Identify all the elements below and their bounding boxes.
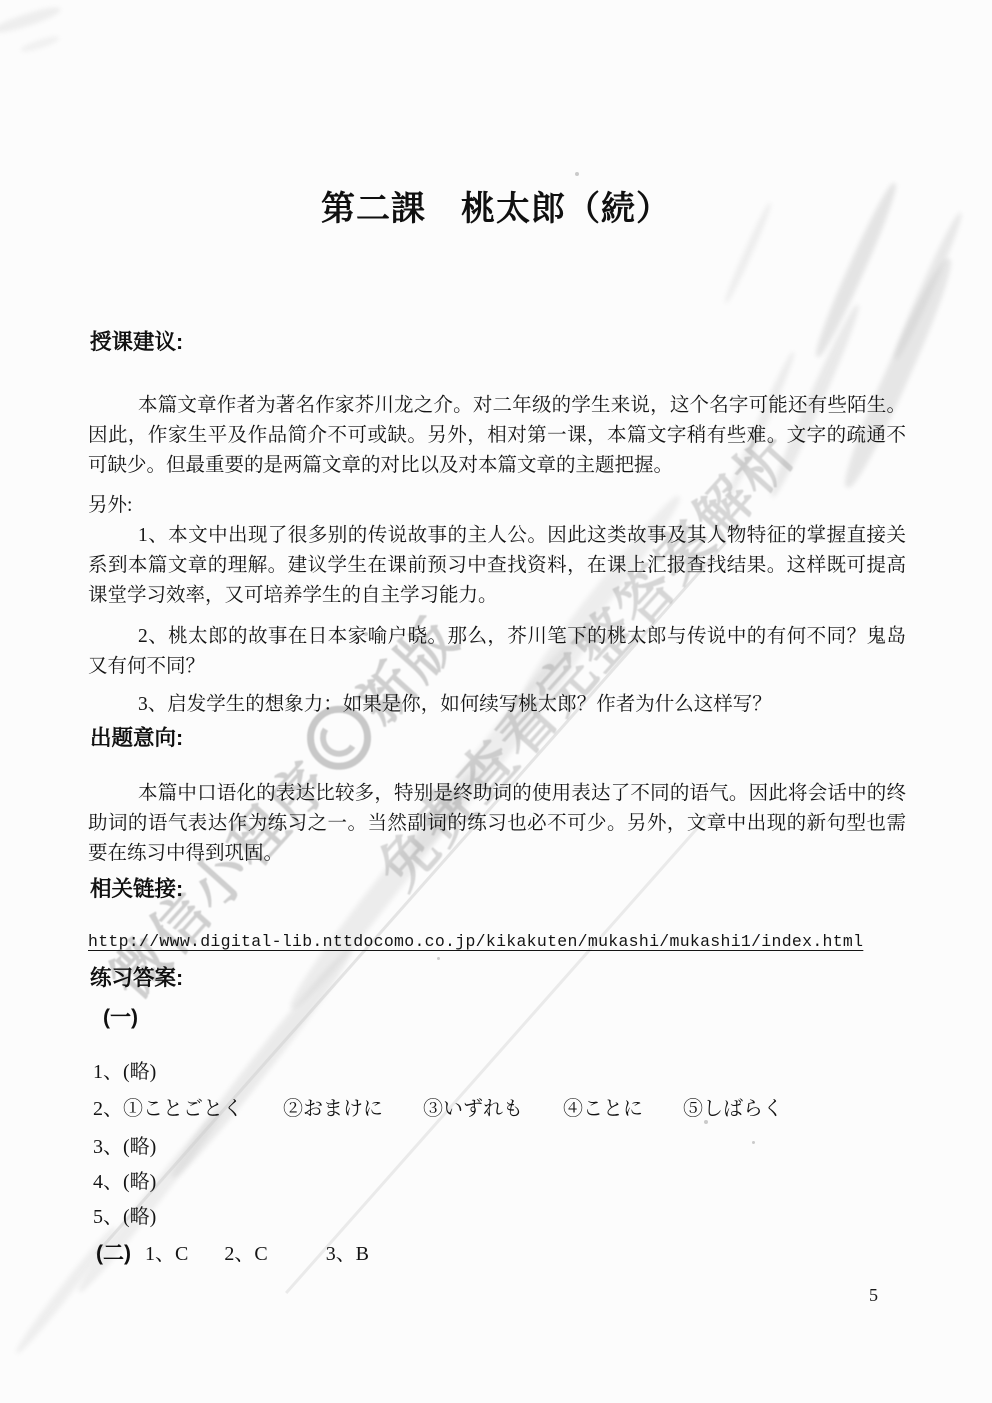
scan-speck <box>752 1141 755 1144</box>
page-number: 5 <box>869 1285 878 1306</box>
answers-part2-label: (二) <box>96 1242 131 1265</box>
scan-speck <box>437 957 440 960</box>
section-heading-question-intent: 出题意向: <box>90 721 183 752</box>
answer-part2-item-3: 3、B <box>326 1243 369 1265</box>
answers-part2-row: (二)1、C2、C3、B <box>96 1239 369 1269</box>
answer-row-2: 2、①ことごとく ②おまけに ③いずれも ④ことに ⑤しばらく <box>93 1094 783 1124</box>
teaching-item-3: 3、启发学生的想象力：如果是你，如何续写桃太郎？作者为什么这样写？ <box>88 690 906 720</box>
answer-row-4: 4、(略) <box>93 1167 156 1197</box>
related-link-row: http://www.digital-lib.nttdocomo.co.jp/k… <box>88 929 863 955</box>
additional-note-label: 另外: <box>88 491 906 521</box>
section-heading-teaching-advice: 授课建议: <box>90 325 183 356</box>
scan-speck <box>575 172 579 176</box>
lesson-title: 第二課 桃太郎（続） <box>0 181 992 230</box>
section-heading-related-links: 相关链接: <box>90 872 183 903</box>
answer-part2-item-2: 2、C <box>224 1243 267 1265</box>
document-page: 微信小程序新版 免费查看完整答案解析 第二課 桃太郎（続） 授课建议: 本篇文章… <box>0 0 992 1403</box>
related-link-url[interactable]: http://www.digital-lib.nttdocomo.co.jp/k… <box>88 932 863 951</box>
teaching-item-1: 1、本文中出现了很多别的传说故事的主人公。因此这类故事及其人物特征的掌握直接关系… <box>88 521 906 611</box>
watermark-logo-ring <box>316 715 362 761</box>
teaching-intro-paragraph: 本篇文章作者为著名作家芥川龙之介。对二年级的学生来说，这个名字可能还有些陌生。因… <box>88 391 906 481</box>
scan-band-edge <box>285 813 711 1294</box>
answer-row-3: 3、(略) <box>93 1132 156 1162</box>
teaching-item-2: 2、桃太郎的故事在日本家喻户晓。那么，芥川笔下的桃太郎与传说中的有何不同？鬼岛又… <box>88 622 906 682</box>
answers-part1-label: (一) <box>103 1001 138 1031</box>
answer-row-1: 1、(略) <box>93 1057 156 1087</box>
scan-streak <box>20 34 61 54</box>
question-intent-paragraph: 本篇中口语化的表达比较多，特别是终助词的使用表达了不同的语气。因此将会话中的终助… <box>88 779 906 869</box>
answer-row-5: 5、(略) <box>93 1202 156 1232</box>
section-heading-exercise-answers: 练习答案: <box>90 961 183 992</box>
scan-streak <box>890 210 966 361</box>
scan-streak <box>0 3 62 36</box>
answer-part2-item-1: 1、C <box>145 1243 188 1265</box>
